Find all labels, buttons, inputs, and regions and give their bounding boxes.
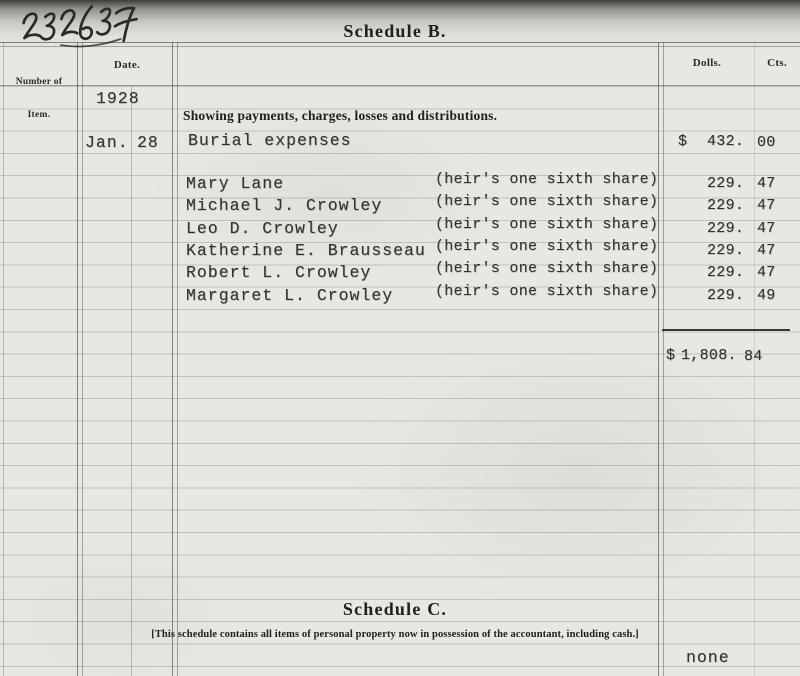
heir-amount-cts: 47 <box>757 197 776 214</box>
heir-share-note: (heir's one sixth share) <box>435 171 658 188</box>
heir-name: Michael J. Crowley <box>186 196 382 215</box>
heir-share-note: (heir's one sixth share) <box>435 216 658 233</box>
col-header-number-of-item: Number of Item. <box>0 55 78 143</box>
column-line-dolls-a <box>658 42 659 676</box>
entry-date-day: 28 <box>137 133 159 152</box>
heir-amount-dolls: 229. <box>707 175 744 192</box>
column-line-dolls-b <box>663 42 664 676</box>
heir-row: Margaret L. Crowley (heir's one sixth sh… <box>0 286 800 308</box>
heir-amount-cts: 47 <box>757 242 776 259</box>
heir-amount-cts: 47 <box>757 175 776 192</box>
total-amount-dolls: 1,808. <box>681 347 737 364</box>
heir-amount-dolls: 229. <box>707 264 744 281</box>
col-header-date: Date. <box>82 59 172 71</box>
total-dollar-sign: $ <box>666 347 675 364</box>
col-header-number-of-item-line2: Item. <box>0 110 78 121</box>
heir-share-note: (heir's one sixth share) <box>435 283 658 300</box>
heir-amount-dolls: 229. <box>707 287 744 304</box>
year-label: 1928 <box>96 89 140 108</box>
heir-amount-cts: 47 <box>757 264 776 281</box>
heir-name: Leo D. Crowley <box>186 219 339 238</box>
header-bottom-rule <box>0 85 800 86</box>
heir-row: Robert L. Crowley (heir's one sixth shar… <box>0 263 800 285</box>
entry-amount-cts: 00 <box>757 134 776 151</box>
entry-dollar-sign: $ <box>678 133 687 150</box>
heir-row: Katherine E. Brausseau (heir's one sixth… <box>0 241 800 263</box>
column-line-item-b <box>82 42 83 676</box>
heir-name: Margaret L. Crowley <box>186 286 393 305</box>
heir-amount-dolls: 229. <box>707 220 744 237</box>
entry-description: Burial expenses <box>188 131 352 150</box>
heir-share-note: (heir's one sixth share) <box>435 193 658 210</box>
heir-row: Mary Lane (heir's one sixth share) 229. … <box>0 174 800 196</box>
heir-name: Robert L. Crowley <box>186 263 371 282</box>
col-header-number-of-item-line1: Number of <box>0 77 78 88</box>
schedule-c-value: none <box>686 648 730 667</box>
entry-amount-dolls: 432. <box>707 133 744 150</box>
heir-amount-dolls: 229. <box>707 242 744 259</box>
heir-share-note: (heir's one sixth share) <box>435 260 658 277</box>
scanned-ledger-page: 232637 Schedule B. Number of Item. Date.… <box>0 0 800 676</box>
heir-name: Katherine E. Brausseau <box>186 241 426 260</box>
column-line-date-a <box>172 42 173 676</box>
heir-row: Michael J. Crowley (heir's one sixth sha… <box>0 196 800 218</box>
col-header-cts: Cts. <box>754 57 800 69</box>
col-header-dolls: Dolls. <box>663 57 751 69</box>
heir-row: Leo D. Crowley (heir's one sixth share) … <box>0 219 800 241</box>
heir-name: Mary Lane <box>186 174 284 193</box>
handwritten-case-number: 232637 <box>15 0 150 58</box>
schedule-b-caption: Showing payments, charges, losses and di… <box>183 108 497 124</box>
heir-amount-cts: 49 <box>757 287 776 304</box>
heir-amount-dolls: 229. <box>707 197 744 214</box>
entry-date-month: Jan. <box>85 133 129 152</box>
heir-amount-cts: 47 <box>757 220 776 237</box>
schedule-c-title: Schedule C. <box>0 599 790 620</box>
heir-share-note: (heir's one sixth share) <box>435 238 658 255</box>
total-amount-cts: 84 <box>744 348 763 365</box>
column-line-date-b <box>177 42 178 676</box>
total-sum-rule <box>662 329 790 331</box>
schedule-c-note: [This schedule contains all items of per… <box>0 629 790 640</box>
handwriting-strokes <box>15 0 149 53</box>
